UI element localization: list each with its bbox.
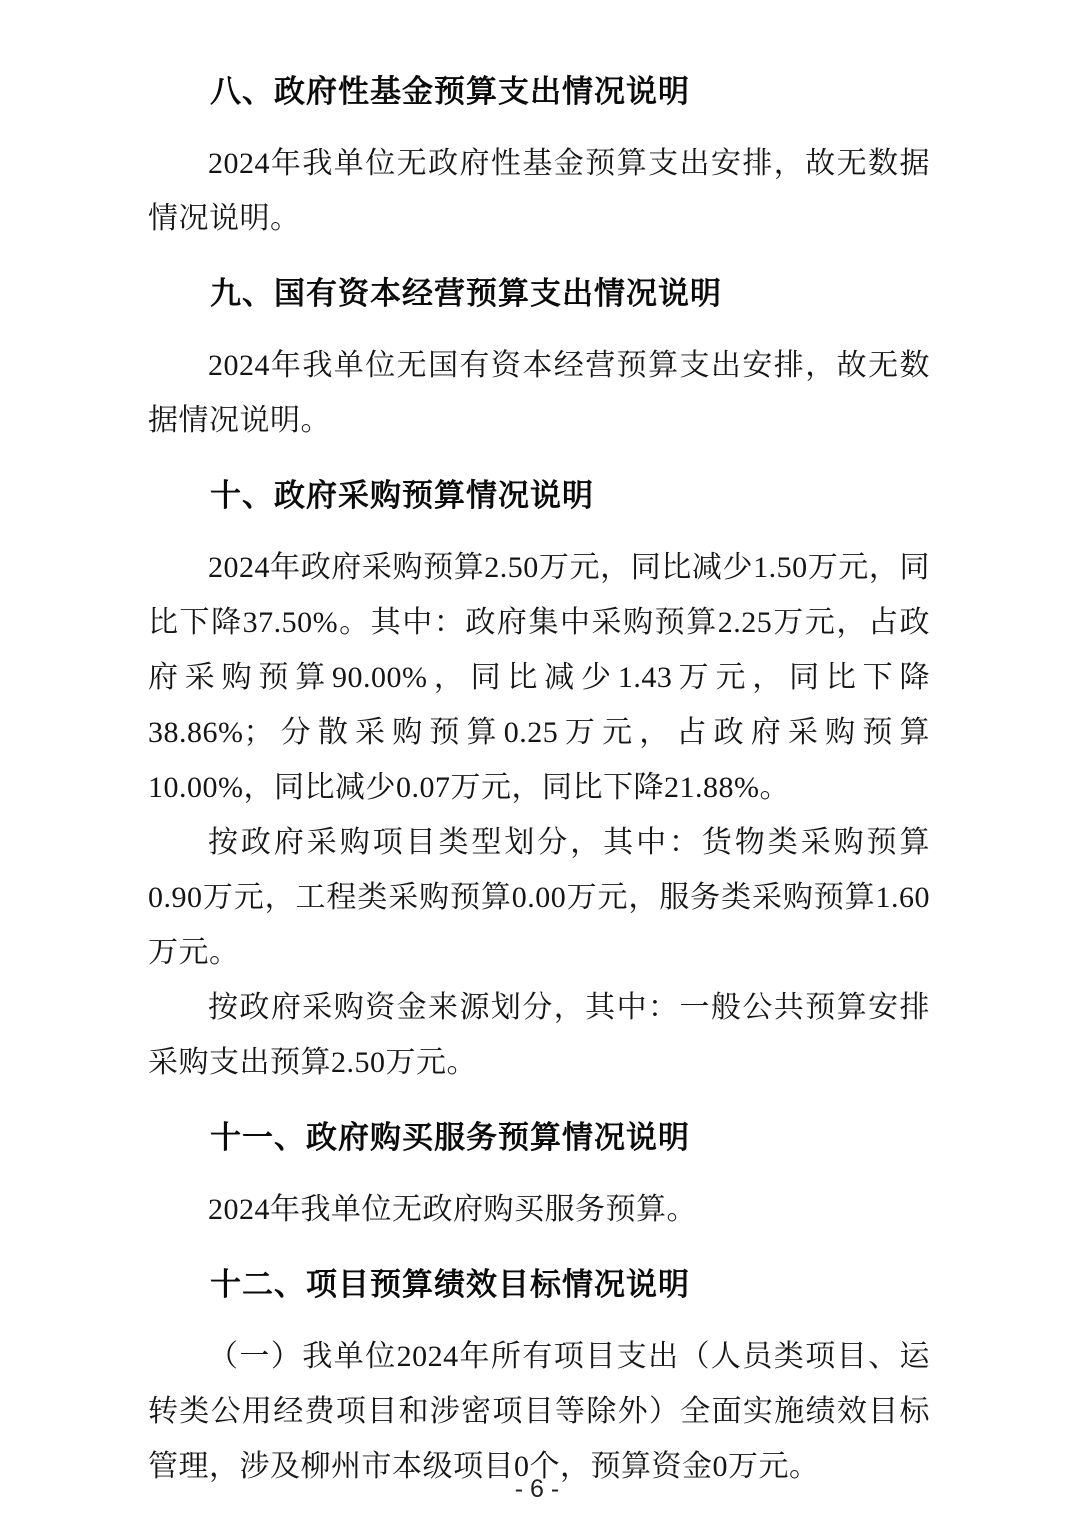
section-heading: 八、政府性基金预算支出情况说明 bbox=[148, 64, 930, 120]
section-heading: 十、政府采购预算情况说明 bbox=[148, 468, 930, 524]
section-heading: 十一、政府购买服务预算情况说明 bbox=[148, 1110, 930, 1166]
paragraph: 按政府采购资金来源划分，其中：一般公共预算安排采购支出预算2.50万元。 bbox=[148, 980, 930, 1090]
paragraph: （一）我单位2024年所有项目支出（人员类项目、运转类公用经费项目和涉密项目等除… bbox=[148, 1329, 930, 1494]
paragraph: 2024年我单位无政府购买服务预算。 bbox=[148, 1182, 930, 1237]
paragraph: 按政府采购项目类型划分，其中：货物类采购预算0.90万元，工程类采购预算0.00… bbox=[148, 815, 930, 980]
paragraph: 2024年我单位无政府性基金预算支出安排，故无数据情况说明。 bbox=[148, 136, 930, 246]
document-page: 八、政府性基金预算支出情况说明 2024年我单位无政府性基金预算支出安排，故无数… bbox=[0, 0, 1074, 1494]
section-gov-fund-budget: 八、政府性基金预算支出情况说明 2024年我单位无政府性基金预算支出安排，故无数… bbox=[148, 64, 930, 246]
paragraph: 2024年政府采购预算2.50万元，同比减少1.50万元，同比下降37.50%。… bbox=[148, 540, 930, 815]
page-number: - 6 - bbox=[0, 1475, 1074, 1504]
section-heading: 十二、项目预算绩效目标情况说明 bbox=[148, 1257, 930, 1313]
section-state-capital-budget: 九、国有资本经营预算支出情况说明 2024年我单位无国有资本经营预算支出安排，故… bbox=[148, 266, 930, 448]
section-gov-purchased-services: 十一、政府购买服务预算情况说明 2024年我单位无政府购买服务预算。 bbox=[148, 1110, 930, 1237]
paragraph: 2024年我单位无国有资本经营预算支出安排，故无数据情况说明。 bbox=[148, 338, 930, 448]
section-gov-procurement-budget: 十、政府采购预算情况说明 2024年政府采购预算2.50万元，同比减少1.50万… bbox=[148, 468, 930, 1090]
section-heading: 九、国有资本经营预算支出情况说明 bbox=[148, 266, 930, 322]
section-project-performance-targets: 十二、项目预算绩效目标情况说明 （一）我单位2024年所有项目支出（人员类项目、… bbox=[148, 1257, 930, 1494]
